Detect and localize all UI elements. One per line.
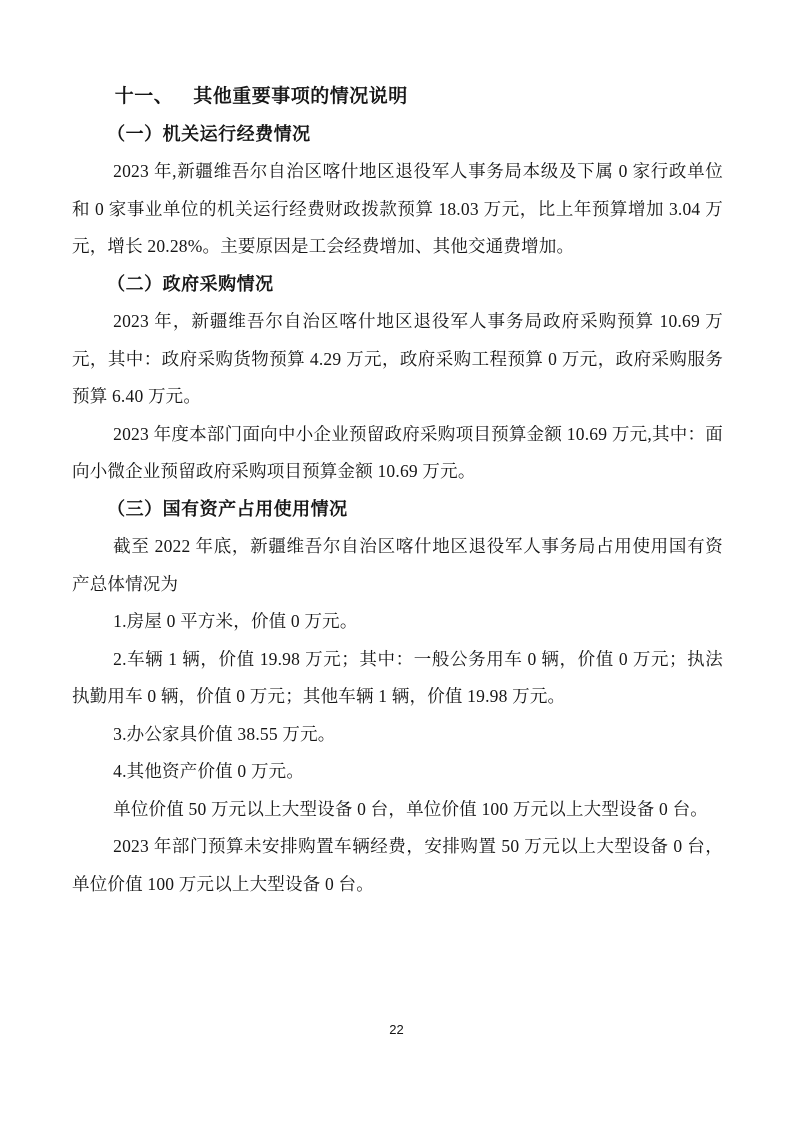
- section-heading-organ-operating-funds: （一）机关运行经费情况: [72, 116, 723, 154]
- paragraph-asset-item-other: 4.其他资产价值 0 万元。: [72, 753, 723, 791]
- paragraph-2023-budget-purchases: 2023 年部门预算未安排购置车辆经费，安排购置 50 万元以上大型设备 0 台…: [72, 828, 723, 903]
- paragraph-asset-item-housing: 1.房屋 0 平方米，价值 0 万元。: [72, 603, 723, 641]
- document-page: 十一、其他重要事项的情况说明 （一）机关运行经费情况 2023 年,新疆维吾尔自…: [0, 0, 793, 1122]
- main-heading-number: 十一、: [115, 86, 174, 107]
- paragraph-organ-operating-funds: 2023 年,新疆维吾尔自治区喀什地区退役军人事务局本级及下属 0 家行政单位和…: [72, 153, 723, 266]
- section-heading-state-assets: （三）国有资产占用使用情况: [72, 491, 723, 529]
- main-heading: 十一、其他重要事项的情况说明: [72, 78, 723, 116]
- paragraph-asset-item-furniture: 3.办公家具价值 38.55 万元。: [72, 716, 723, 754]
- paragraph-large-equipment: 单位价值 50 万元以上大型设备 0 台，单位价值 100 万元以上大型设备 0…: [72, 791, 723, 829]
- page-number: 22: [0, 1022, 793, 1037]
- section-heading-government-procurement: （二）政府采购情况: [72, 266, 723, 304]
- paragraph-asset-item-vehicles: 2.车辆 1 辆，价值 19.98 万元；其中：一般公务用车 0 辆，价值 0 …: [72, 641, 723, 716]
- paragraph-procurement-budget: 2023 年，新疆维吾尔自治区喀什地区退役军人事务局政府采购预算 10.69 万…: [72, 303, 723, 416]
- document-content: 十一、其他重要事项的情况说明 （一）机关运行经费情况 2023 年,新疆维吾尔自…: [72, 78, 723, 903]
- main-heading-title: 其他重要事项的情况说明: [193, 86, 408, 107]
- paragraph-procurement-sme-reserve: 2023 年度本部门面向中小企业预留政府采购项目预算金额 10.69 万元,其中…: [72, 416, 723, 491]
- paragraph-state-assets-intro: 截至 2022 年底，新疆维吾尔自治区喀什地区退役军人事务局占用使用国有资产总体…: [72, 528, 723, 603]
